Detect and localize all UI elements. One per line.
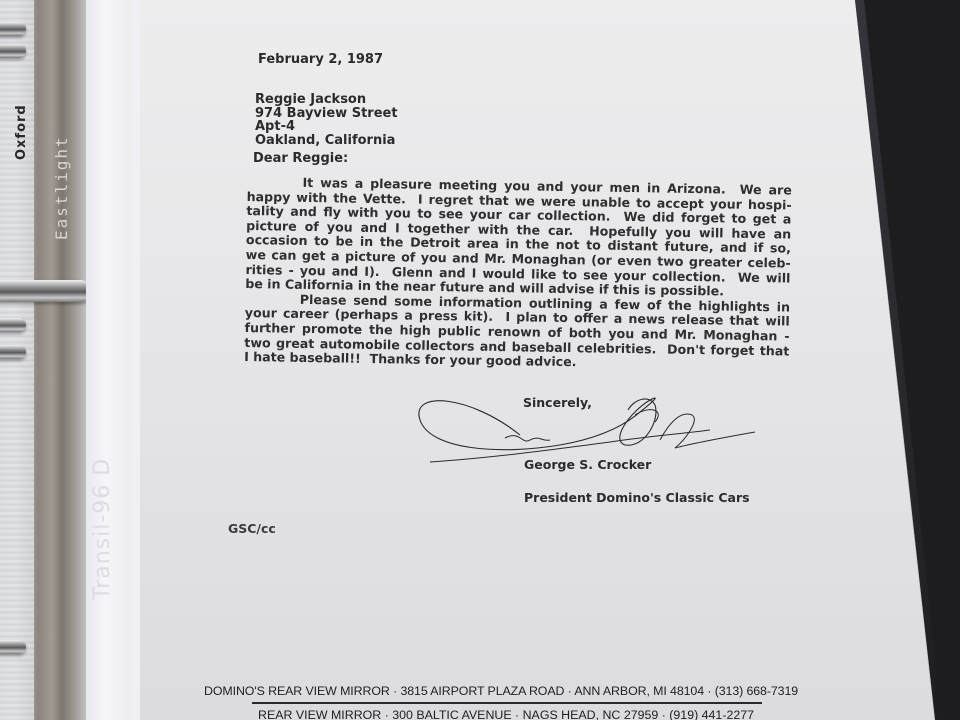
recipient-city: Oakland, California [255, 134, 398, 148]
letterhead-footer-line2: REAR VIEW MIRROR · 300 BALTIC AVENUE · N… [258, 708, 754, 720]
recipient-name: Reggie Jackson [255, 93, 398, 107]
recipient-address: Reggie Jackson 974 Bayview Street Apt-4 … [255, 93, 398, 147]
letter-body: It was a pleasure meeting you and your m… [244, 175, 792, 373]
recipient-street: 974 Bayview Street [255, 107, 398, 121]
letterhead-divider [252, 702, 762, 704]
signer-name: George S. Crocker [524, 457, 651, 472]
salutation: Dear Reggie: [253, 151, 348, 166]
reference-initials: GSC/cc [228, 521, 276, 536]
signer-title: President Domino's Classic Cars [524, 490, 750, 505]
closing: Sincerely, [523, 395, 592, 410]
letter: February 2, 1987 Reggie Jackson 974 Bayv… [0, 0, 960, 720]
letterhead-footer-line1: DOMINO'S REAR VIEW MIRROR · 3815 AIRPORT… [204, 684, 798, 698]
recipient-unit: Apt-4 [255, 120, 398, 134]
letter-date: February 2, 1987 [258, 52, 383, 67]
